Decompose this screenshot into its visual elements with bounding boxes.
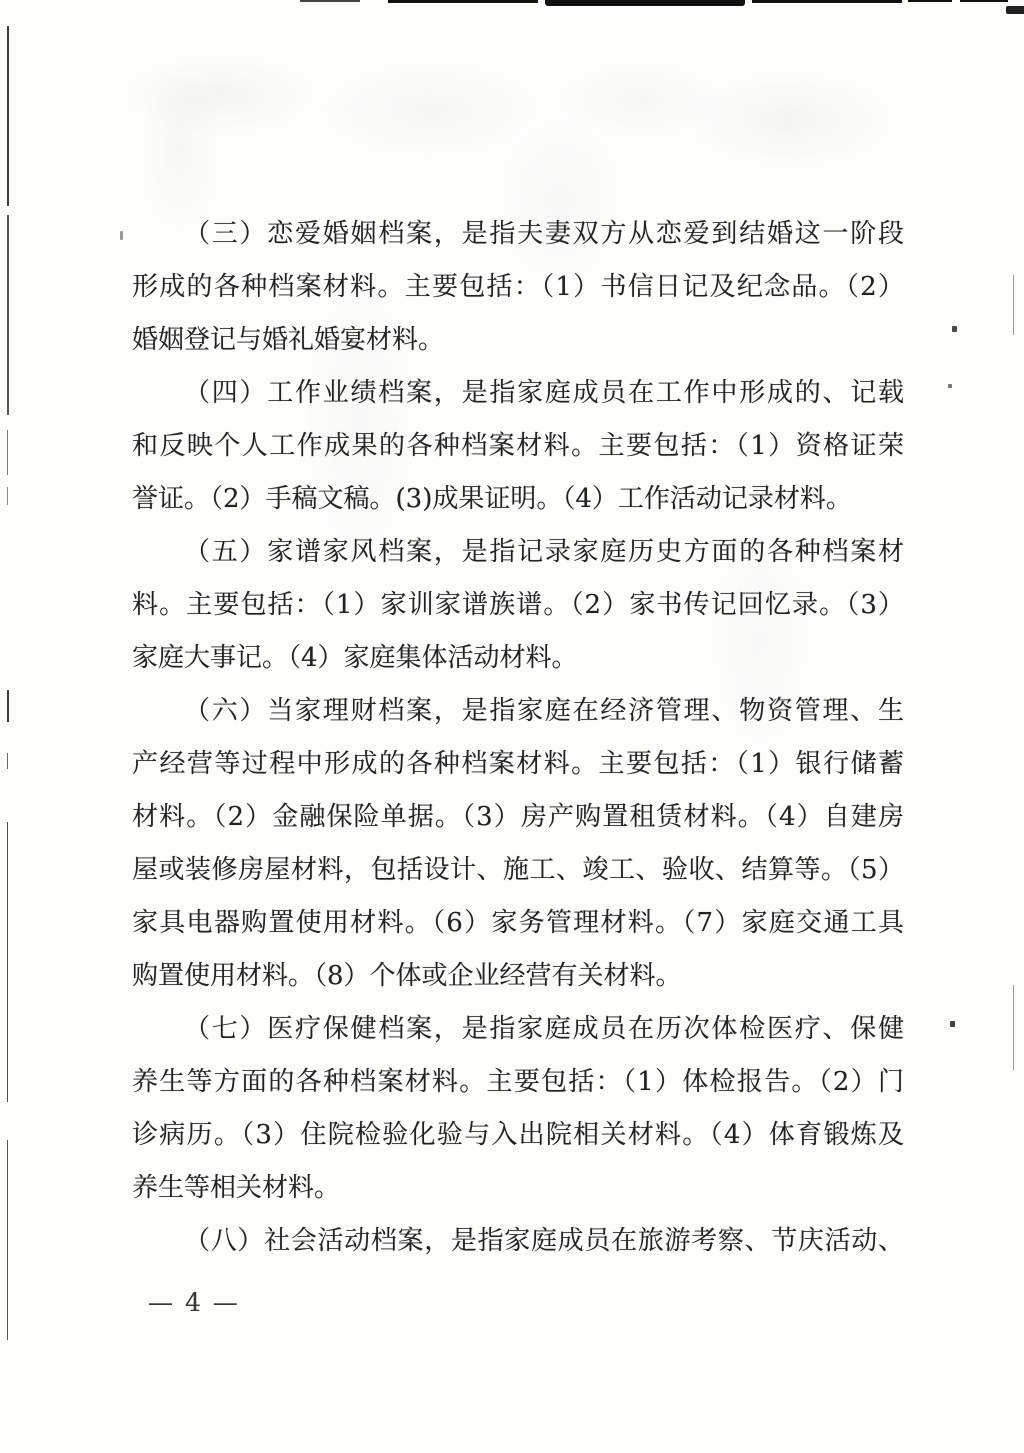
text-line: 家具电器购置使用材料。（6）家务管理材料。（7）家庭交通工具 xyxy=(132,897,904,950)
text-line: 材料。（2）金融保险单据。（3）房产购置租赁材料。（4）自建房 xyxy=(132,791,904,844)
text-line: （五）家谱家风档案，是指记录家庭历史方面的各种档案材 xyxy=(132,526,904,579)
ink-speck xyxy=(948,384,952,388)
text-line: （四）工作业绩档案，是指家庭成员在工作中形成的、记载 xyxy=(132,367,904,420)
text-line: 养生等方面的各种档案材料。主要包括：（1）体检报告。（2）门 xyxy=(132,1056,904,1109)
text-line: （七）医疗保健档案，是指家庭成员在历次体检医疗、保健 xyxy=(132,1003,904,1056)
text-line: 婚姻登记与婚礼婚宴材料。 xyxy=(132,314,904,367)
ink-speck xyxy=(952,326,957,332)
ink-speck xyxy=(950,1021,955,1027)
text-line: 形成的各种档案材料。主要包括：（1）书信日记及纪念品。（2） xyxy=(132,261,904,314)
text-line: 产经营等过程中形成的各种档案材料。主要包括：（1）银行储蓄 xyxy=(132,738,904,791)
scan-artifact-spine-line xyxy=(7,430,8,475)
scan-artifact-top-edge xyxy=(1006,6,1024,14)
ink-speck xyxy=(120,231,123,240)
scan-artifact-top-edge xyxy=(545,0,745,6)
text-line: （三）恋爱婚姻档案，是指夫妻双方从恋爱到结婚这一阶段 xyxy=(132,208,904,261)
text-line: 家庭大事记。（4）家庭集体活动材料。 xyxy=(132,632,904,685)
scan-artifact-right-edge xyxy=(1013,275,1014,335)
text-line: （八）社会活动档案，是指家庭成员在旅游考察、节庆活动、 xyxy=(132,1215,904,1268)
text-line: 料。主要包括：（1）家训家谱族谱。（2）家书传记回忆录。（3） xyxy=(132,579,904,632)
scan-artifact-right-edge xyxy=(1013,985,1014,1070)
scan-artifact-spine-line xyxy=(7,215,9,415)
scan-artifact-spine-line xyxy=(7,822,8,1102)
scan-artifact-spine-line xyxy=(7,690,9,722)
scan-artifact-spine-line xyxy=(7,487,8,505)
text-line: 屋或装修房屋材料，包括设计、施工、竣工、验收、结算等。（5） xyxy=(132,844,904,897)
text-line: 誉证。（2）手稿文稿。(3)成果证明。（4）工作活动记录材料。 xyxy=(132,473,904,526)
scan-artifact-spine-line xyxy=(7,26,9,206)
scan-artifact-spine-line xyxy=(7,753,8,769)
scan-artifact-top-edge xyxy=(300,0,360,2)
page-number: — 4 — xyxy=(148,1288,240,1317)
document-body: （三）恋爱婚姻档案，是指夫妻双方从恋爱到结婚这一阶段 形成的各种档案材料。主要包… xyxy=(132,208,904,1268)
scan-artifact-top-edge xyxy=(752,0,902,3)
scan-artifact-top-edge xyxy=(960,0,1008,2)
scan-artifact-top-edge xyxy=(908,0,952,2)
text-line: 诊病历。（3）住院检验化验与入出院相关材料。（4）体育锻炼及 xyxy=(132,1109,904,1162)
scan-artifact-top-edge xyxy=(388,0,538,3)
text-line: 购置使用材料。（8）个体或企业经营有关材料。 xyxy=(132,950,904,1003)
text-line: （六）当家理财档案，是指家庭在经济管理、物资管理、生 xyxy=(132,685,904,738)
scanned-document-page: （三）恋爱婚姻档案，是指夫妻双方从恋爱到结婚这一阶段 形成的各种档案材料。主要包… xyxy=(0,0,1024,1453)
text-line: 养生等相关材料。 xyxy=(132,1162,904,1215)
scan-artifact-spine-line xyxy=(7,1140,8,1340)
text-line: 和反映个人工作成果的各种档案材料。主要包括：（1）资格证荣 xyxy=(132,420,904,473)
